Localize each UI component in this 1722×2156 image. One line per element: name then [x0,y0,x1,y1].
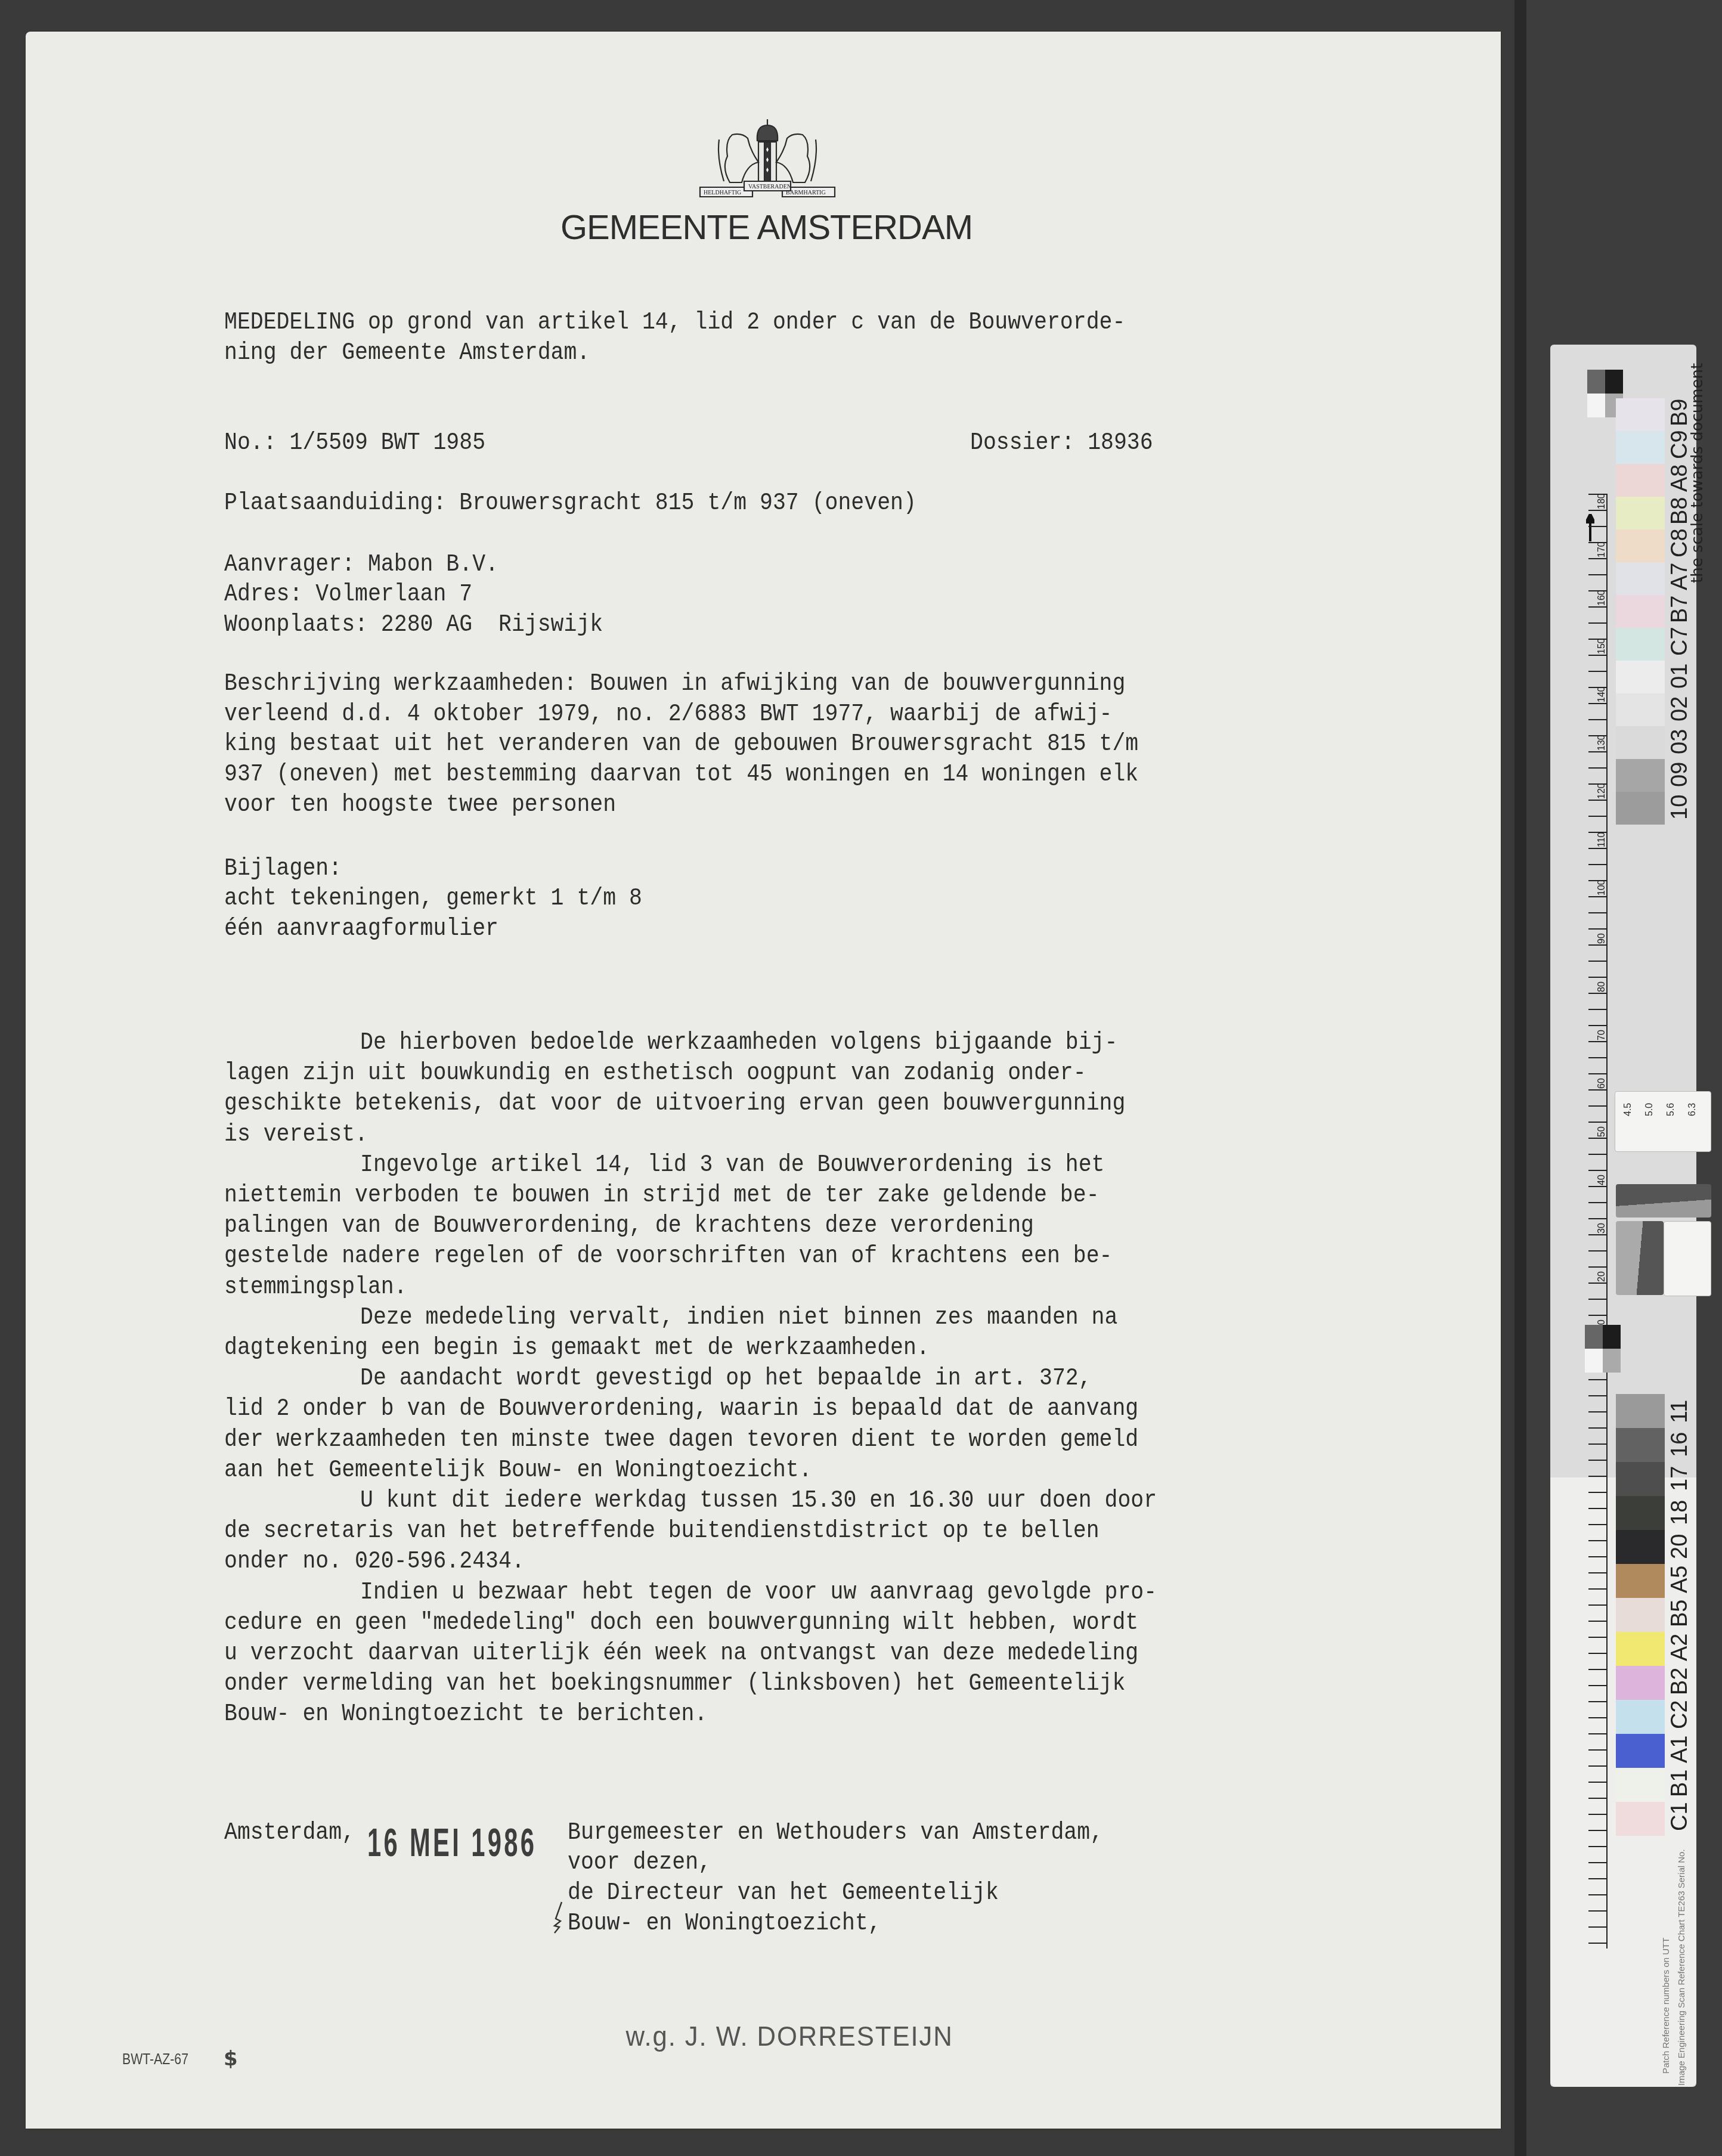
applicant-residence: Woonplaats: 2280 AG Rijswijk [224,608,603,642]
color-patch-label: 18 [1667,1489,1693,1525]
color-patch [1616,1632,1665,1666]
color-patch [1616,1666,1665,1700]
color-patch-label: 03 [1667,718,1693,754]
gray-key-top [1587,370,1623,394]
resolution-target-2 [1664,1221,1711,1296]
amsterdam-crest-icon: VASTBERADEN HELDHAFTIG BARMHARTIG [690,117,844,207]
color-patch [1616,398,1665,431]
description-line: voor ten hoogste twee personen [224,788,616,822]
color-patch [1616,431,1665,464]
subject-line-1: MEDEDELING op grond van artikel 14, lid … [224,305,1125,339]
body-line: dagtekening een begin is gemaakt met de … [224,1331,930,1365]
color-patch-label: 16 [1667,1421,1693,1457]
gray-key-top [1585,1325,1621,1349]
color-patch [1616,1700,1665,1734]
description-line: king bestaat uit het veranderen van de g… [224,727,1138,761]
color-patch [1616,1734,1665,1768]
ruler-tick-label: 170 [1597,541,1608,557]
body-line: De aandacht wordt gevestigd op het bepaa… [224,1361,1092,1395]
initial-mark-icon [552,1901,568,1934]
color-patch-label: 11 [1667,1387,1693,1423]
dossier-number: Dossier: 18936 [970,426,1153,460]
ruler-tick-label: 130 [1597,735,1608,751]
color-patch-label: C2 [1667,1693,1693,1729]
signatory-line: Bouw- en Woningtoezicht, [568,1906,881,1940]
color-reference-scale: 1801701601501401301201101009080706050403… [1550,345,1696,2087]
ruler-tick-label: 40 [1597,1175,1608,1185]
description-line: verleend d.d. 4 oktober 1979, no. 2/6883… [224,697,1112,731]
body-line: lagen zijn uit bouwkundig en esthetisch … [224,1056,1086,1090]
svg-text:BARMHARTIG: BARMHARTIG [786,190,826,196]
color-patch [1616,792,1665,825]
color-patch [1616,1496,1665,1530]
color-patch [1616,693,1665,726]
gray-wedge [1616,1184,1711,1218]
color-patch [1616,562,1665,595]
ruler-tick-label: 60 [1597,1078,1608,1089]
body-line: u verzocht daarvan uiterlijk één week na… [224,1636,1138,1670]
ruler-tick-label: 140 [1597,686,1608,702]
ruler-tick-label: 30 [1597,1223,1608,1234]
color-patch [1616,661,1665,693]
color-patch-label: B1 [1667,1761,1693,1797]
form-logo-icon: $ [224,2047,238,2071]
gray-key-bottom [1585,1349,1621,1373]
ruler-tick-label: 80 [1597,981,1608,992]
color-patch-label: 09 [1667,751,1693,787]
ruler-tick-label: 160 [1597,590,1608,606]
color-patch [1616,1462,1665,1496]
color-patch-label: A5 [1667,1557,1693,1593]
place: Amsterdam, [224,1816,355,1850]
color-patch [1616,1394,1665,1428]
color-patch-label: A1 [1667,1727,1693,1763]
gray-wedge-2 [1616,1221,1664,1295]
color-patch [1616,529,1665,562]
color-patch [1616,464,1665,497]
body-line: is vereist. [224,1117,368,1151]
color-patch [1616,497,1665,529]
color-patch [1616,1530,1665,1564]
body-line: Indien u bezwaar hebt tegen de voor uw a… [224,1575,1157,1609]
body-line: onder vermelding van het boekingsnummer … [224,1666,1125,1700]
attachments-heading: Bijlagen: [224,851,342,885]
body-line: niettemin verboden te bouwen in strijd m… [224,1178,1100,1212]
body-line: palingen van de Bouwverordening, de krac… [224,1209,1034,1243]
body-line: geschikte betekenis, dat voor de uitvoer… [224,1086,1125,1120]
ruler-tick-label: 100 [1597,879,1608,896]
description-line: 937 (oneven) met bestemming daarvan tot … [224,757,1138,791]
ruler-tick-label: 20 [1597,1271,1608,1282]
body-line: der werkzaamheden ten minste twee dagen … [224,1423,1138,1457]
color-patch [1616,726,1665,759]
body-line: cedure en geen "mededeling" doch een bou… [224,1606,1138,1640]
body-line: stemmingsplan. [224,1270,407,1304]
resolution-mark: 4.5 [1623,1103,1634,1116]
reference-number: No.: 1/5509 BWT 1985 [224,426,485,460]
signatory-line: Burgemeester en Wethouders van Amsterdam… [568,1816,1103,1850]
ruler-tick-label: 110 [1597,832,1608,847]
scale-caption: the scale towards document [1689,363,1706,583]
color-patch-label: 01 [1667,653,1693,689]
color-patch [1616,1598,1665,1632]
color-patch-label: B2 [1667,1659,1693,1695]
color-patch-label: 20 [1667,1523,1693,1559]
body-line: lid 2 onder b van de Bouwverordening, wa… [224,1392,1138,1426]
date-stamp: 16 MEI 1986 [367,1820,537,1866]
ruler-tick-label: 120 [1597,783,1608,799]
color-patch [1616,595,1665,628]
body-line: onder no. 020-596.2434. [224,1544,525,1578]
svg-text:HELDHAFTIG: HELDHAFTIG [704,190,741,196]
body-line: Bouw- en Woningtoezicht te berichten. [224,1697,707,1731]
body-line: de secretaris van het betreffende buiten… [224,1514,1100,1548]
color-patch-label: B7 [1667,587,1693,623]
color-patch [1616,1564,1665,1598]
svg-text:VASTBERADEN: VASTBERADEN [748,184,791,190]
color-patch [1616,759,1665,792]
attachment-item: één aanvraagformulier [224,912,498,946]
color-patch [1616,1802,1665,1836]
color-patch-label: 02 [1667,686,1693,721]
ruler-tick-label: 90 [1597,933,1608,944]
signatory-line: voor dezen, [568,1845,711,1879]
ruler [1577,494,1608,1949]
body-line: De hierboven bedoelde werkzaamheden volg… [224,1026,1117,1060]
ruler-tick-label: 150 [1597,638,1608,654]
ruler-tick-label: 180 [1597,493,1608,509]
form-code: BWT-AZ-67 [122,2051,188,2068]
resolution-target [1615,1091,1711,1152]
resolution-mark: 6.3 [1687,1103,1698,1116]
body-line: U kunt dit iedere werkdag tussen 15.30 e… [224,1483,1157,1517]
body-line: Deze mededeling vervalt, indien niet bin… [224,1300,1117,1334]
resolution-mark: 5.6 [1666,1103,1677,1116]
signatory-line: de Directeur van het Gemeentelijk [568,1876,999,1910]
location: Plaatsaanduiding: Brouwersgracht 815 t/m… [224,486,916,520]
color-patch-label: 10 [1667,784,1693,820]
color-patch-label: B5 [1667,1591,1693,1627]
signed-by: w.g. J. W. DORRESTEIJN [625,2020,953,2052]
scale-footer: Patch Reference numbers on UTT [1661,1938,1671,2074]
subject-line-2: ning der Gemeente Amsterdam. [224,336,590,370]
color-patch-label: C7 [1667,620,1693,656]
color-patch [1616,628,1665,661]
applicant-name: Aanvrager: Mabon B.V. [224,547,498,581]
attachment-item: acht tekeningen, gemerkt 1 t/m 8 [224,881,642,915]
color-patch-label: C1 [1667,1795,1693,1831]
applicant-address: Adres: Volmerlaan 7 [224,577,472,611]
body-line: gestelde nadere regelen of de voorschrif… [224,1239,1112,1273]
resolution-mark: 5.0 [1644,1103,1655,1116]
body-line: Ingevolge artikel 14, lid 3 van de Bouwv… [224,1148,1105,1182]
color-patch-label: 17 [1667,1455,1693,1491]
body-line: aan het Gemeentelijk Bouw- en Woningtoez… [224,1453,812,1487]
ruler-tick-label: 70 [1597,1030,1608,1040]
color-patch-label: A2 [1667,1625,1693,1661]
ruler-tick-label: 50 [1597,1126,1608,1137]
scale-footer: Image Engineering Scan Reference Chart T… [1677,1849,1687,2086]
color-patch [1616,1428,1665,1462]
color-patch [1616,1768,1665,1802]
organization-name: GEMEENTE AMSTERDAM [560,207,978,247]
description-line: Beschrijving werkzaamheden: Bouwen in af… [224,667,1125,701]
